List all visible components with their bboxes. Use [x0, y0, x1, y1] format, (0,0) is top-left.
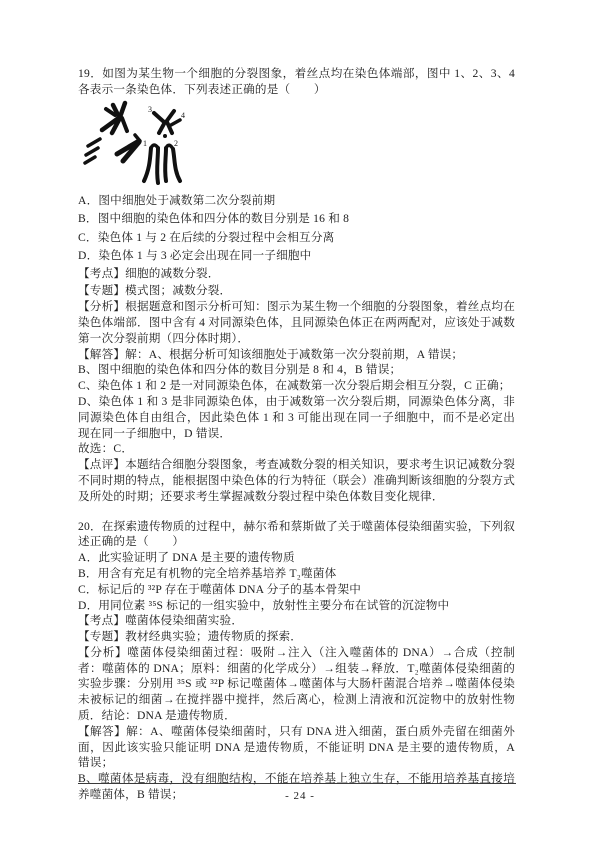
chromosome-stroke [173, 149, 180, 181]
q20-option-d: D．用同位素 ³⁵S 标记的一组实验中，放射性主要分布在试管的沉淀物中 [78, 598, 515, 614]
q19-review: 【点评】本题结合细胞分裂图象，考查减数分裂的相关知识，要求考生识记减数分裂不同时… [78, 457, 515, 504]
q19-answer-d: D、染色体 1 和 3 是非同源染色体，由于减数第一次分裂后期，同源染色体分离，… [78, 394, 515, 441]
chromosome-stroke [144, 148, 151, 181]
chromosome-stroke [171, 120, 180, 125]
q19-conclusion: 故选：C． [78, 441, 515, 457]
chromosome-stroke [85, 157, 95, 163]
chromosome-label-1: 1 [143, 139, 147, 148]
q20-exam-point: 【考点】噬菌体侵染细菌实验． [78, 613, 515, 629]
chromosome-stroke [157, 148, 158, 183]
chromosome-stroke [154, 113, 164, 122]
chromosome-stroke [122, 118, 127, 131]
q19-analysis: 【分析】根据题意和图示分析可知：图示为某生物一个细胞的分裂图象，着丝点均在染色体… [78, 299, 515, 346]
q20-option-a: A．此实验证明了 DNA 是主要的遗传物质 [78, 550, 515, 566]
chromosome-label-4: 4 [181, 111, 185, 120]
q19-option-d: D．染色体 1 与 3 必定会出现在同一子细胞中 [78, 247, 515, 266]
chromosome-diagram: 3 4 1 2 [82, 100, 194, 190]
page-number: - 24 - [0, 790, 600, 802]
q19-stem: 19．如图为某生物一个细胞的分裂图象，着丝点均在染色体端部，图中 1、2、3、4… [78, 66, 515, 98]
chromosome-label-3: 3 [148, 105, 152, 114]
chromosome-stroke [165, 148, 166, 181]
chromosome-stroke [86, 148, 98, 155]
q19-answer-b: B、图中细胞的染色体和四分体的数目分别是 8 和 4，B 错误； [78, 362, 515, 378]
q19-figure: 3 4 1 2 [82, 100, 515, 192]
q19-exam-point: 【考点】细胞的减数分裂． [78, 266, 515, 283]
chromosome-centromere [163, 134, 167, 138]
q20-answer-a: 【解答】解：A、噬菌体侵染细菌时，只有 DNA 进入细菌，蛋白质外壳留在细菌外面… [78, 724, 515, 771]
q19-option-b: B．图中细胞的染色体和四分体的数目分别是 16 和 8 [78, 210, 515, 229]
q20-stem: 20．在探索遗传物质的过程中，赫尔希和蔡斯做了关于噬菌体侵染细菌实验，下列叙述正… [78, 519, 515, 551]
footer-divider [78, 783, 516, 784]
chromosome-label-2: 2 [174, 139, 178, 148]
q19-answer-a: 【解答】解：A、根据分析可知该细胞处于减数第一次分裂前期，A 错误； [78, 347, 515, 363]
q19-topic: 【专题】模式图；减数分裂． [78, 283, 515, 300]
document-body: 19．如图为某生物一个细胞的分裂图象，着丝点均在染色体端部，图中 1、2、3、4… [78, 66, 515, 803]
q20-topic: 【专题】教材经典实验；遗传物质的探索． [78, 629, 515, 645]
q20-option-c: C．标记后的 ³²P 存在于噬菌体 DNA 分子的基本骨架中 [78, 582, 515, 598]
q19-answer-c: C、染色体 1 和 2 是一对同源染色体，在减数第一次分裂后期会相互分裂，C 正… [78, 378, 515, 394]
chromosome-stroke [88, 139, 100, 146]
q20-option-b: B．用含有充足有机物的完全培养基培养 T₂噬菌体 [78, 566, 515, 582]
q20-analysis: 【分析】噬菌体侵染细菌过程：吸附→注入（注入噬菌体的 DNA）→合成（控制者：噬… [78, 645, 515, 724]
question-divider-space [78, 505, 515, 519]
chromosome-stroke [159, 122, 165, 133]
q19-option-a: A．图中细胞处于减数第二次分裂前期 [78, 192, 515, 211]
q19-option-c: C．染色体 1 与 2 在后续的分裂过程中会相互分离 [78, 229, 515, 248]
